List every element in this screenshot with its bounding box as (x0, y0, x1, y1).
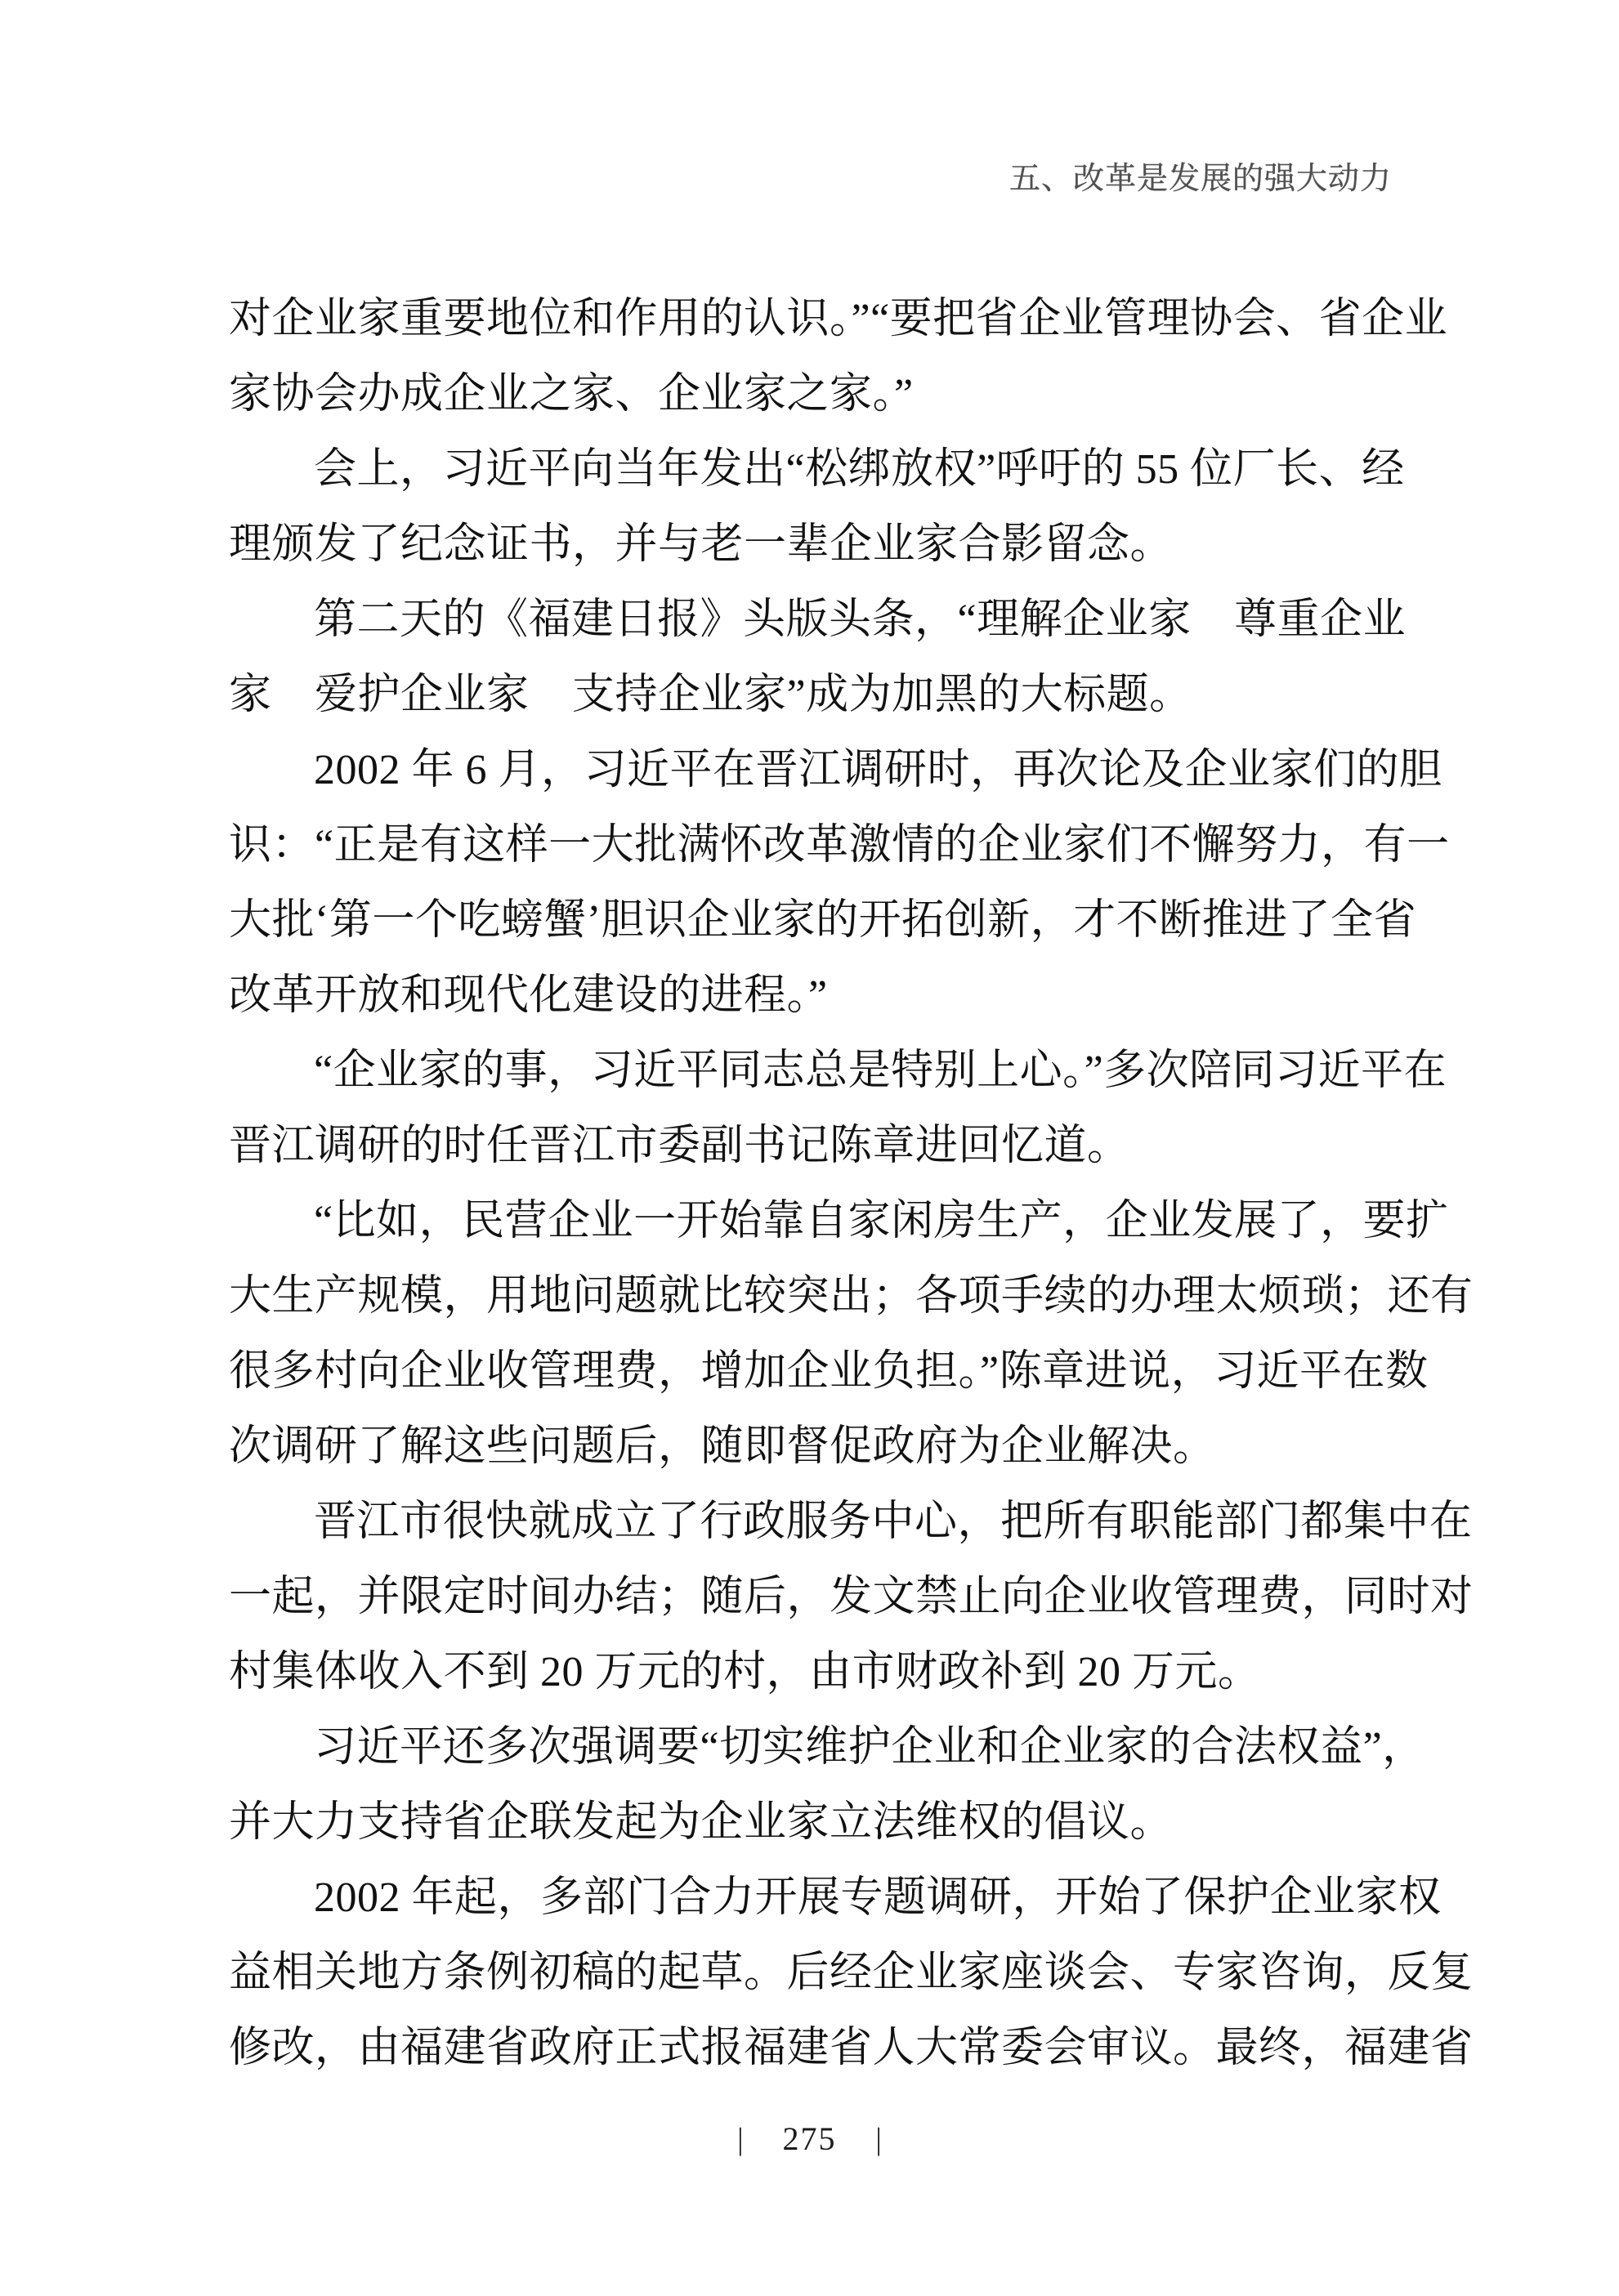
text-line: 2002 年起，多部门合力开展专题调研，开始了保护企业家权 (229, 1860, 1438, 1936)
book-page: 五、改革是发展的强大动力 对企业家重要地位和作用的认识。”“要把省企业管理协会、… (0, 0, 1619, 2296)
text-line: 晋江调研的时任晋江市委副书记陈章进回忆道。 (229, 1109, 1438, 1184)
text-line: 习近平还多次强调要“切实维护企业和企业家的合法权益”， (229, 1710, 1438, 1785)
footer-separator-left: | (737, 2120, 743, 2158)
text-line: 次调研了解这些问题后，随即督促政府为企业解决。 (229, 1409, 1438, 1485)
text-line: 大批‘第一个吃螃蟹’胆识企业家的开拓创新，才不断推进了全省 (229, 883, 1438, 958)
text-line: 很多村向企业收管理费，增加企业负担。”陈章进说，习近平在数 (229, 1334, 1438, 1409)
text-line: 村集体收入不到 20 万元的村，由市财政补到 20 万元。 (229, 1635, 1438, 1710)
text-line: 并大力支持省企联发起为企业家立法维权的倡议。 (229, 1785, 1438, 1860)
text-line: 家 爱护企业家 支持企业家”成为加黑的大标题。 (229, 658, 1438, 733)
text-line: 晋江市很快就成立了行政服务中心，把所有职能部门都集中在 (229, 1485, 1438, 1560)
body-text: 对企业家重要地位和作用的认识。”“要把省企业管理协会、省企业家协会办成企业之家、… (229, 282, 1438, 2086)
text-line: 益相关地方条例初稿的起草。后经企业家座谈会、专家咨询，反复 (229, 1936, 1438, 2011)
text-line: 家协会办成企业之家、企业家之家。” (229, 357, 1438, 432)
text-line: 第二天的《福建日报》头版头条，“理解企业家 尊重企业 (229, 583, 1438, 658)
page-number: 275 (783, 2121, 837, 2157)
text-line: 对企业家重要地位和作用的认识。”“要把省企业管理协会、省企业 (229, 282, 1438, 357)
text-line: 2002 年 6 月，习近平在晋江调研时，再次论及企业家们的胆 (229, 733, 1438, 808)
text-line: 会上，习近平向当年发出“松绑放权”呼吁的 55 位厂长、经 (229, 432, 1438, 507)
text-line: 修改，由福建省政府正式报福建省人大常委会审议。最终，福建省 (229, 2011, 1438, 2086)
footer-separator-right: | (876, 2120, 882, 2158)
text-line: 一起，并限定时间办结；随后，发文禁止向企业收管理费，同时对 (229, 1560, 1438, 1635)
text-line: “比如，民营企业一开始靠自家闲房生产，企业发展了，要扩 (229, 1184, 1438, 1259)
text-line: 识：“正是有这样一大批满怀改革激情的企业家们不懈努力，有一 (229, 808, 1438, 883)
text-line: 大生产规模，用地问题就比较突出；各项手续的办理太烦琐；还有 (229, 1259, 1438, 1334)
text-line: 改革开放和现代化建设的进程。” (229, 958, 1438, 1034)
text-line: “企业家的事，习近平同志总是特别上心。”多次陪同习近平在 (229, 1034, 1438, 1109)
running-header: 五、改革是发展的强大动力 (1009, 160, 1392, 198)
page-footer: | 275 | (0, 2121, 1619, 2157)
text-line: 理颁发了纪念证书，并与老一辈企业家合影留念。 (229, 507, 1438, 583)
